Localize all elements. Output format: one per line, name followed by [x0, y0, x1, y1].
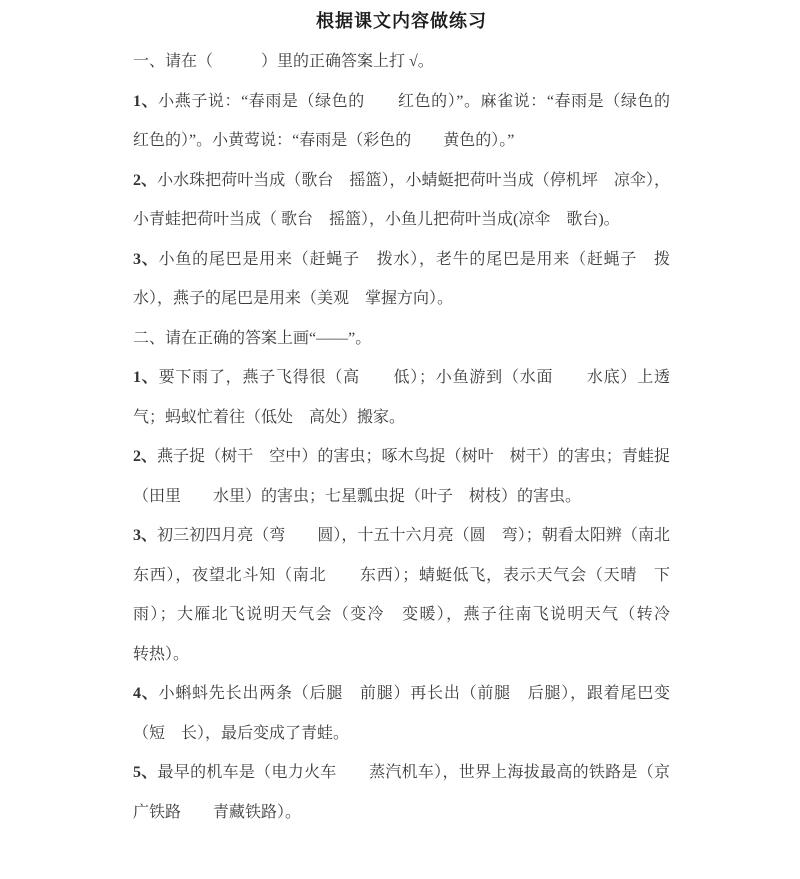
section-1-item-1: 1、小燕子说：“春雨是（绿色的 红色的）”。麻雀说：“春雨是（绿色的 红色的）”… — [133, 82, 670, 161]
worksheet-body: 一、请在（ ）里的正确答案上打 √。 1、小燕子说：“春雨是（绿色的 红色的）”… — [133, 42, 670, 832]
item-number: 1、 — [133, 93, 158, 110]
section-2-heading: 二、请在正确的答案上画“——”。 — [133, 319, 670, 359]
item-text: 小鱼的尾巴是用来（赶蝇子 拨水），老牛的尾巴是用来（赶蝇子 拨水），燕子的尾巴是… — [133, 251, 670, 308]
item-number: 2、 — [133, 172, 157, 189]
item-number: 5、 — [133, 764, 158, 781]
section-1-item-2: 2、小水珠把荷叶当成（歌台 摇篮），小蜻蜓把荷叶当成（停机坪 凉伞），小青蛙把荷… — [133, 161, 670, 240]
item-text: 最早的机车是（电力火车 蒸汽机车），世界上海拔最高的铁路是（京广铁路 青藏铁路）… — [133, 764, 670, 821]
worksheet-page: 根据课文内容做练习 一、请在（ ）里的正确答案上打 √。 1、小燕子说：“春雨是… — [0, 0, 800, 879]
section-2-item-4: 4、小蝌蚪先长出两条（后腿 前腿）再长出（前腿 后腿），跟着尾巴变（短 长），最… — [133, 674, 670, 753]
item-text: 小蝌蚪先长出两条（后腿 前腿）再长出（前腿 后腿），跟着尾巴变（短 长），最后变… — [133, 685, 670, 742]
item-text: 小燕子说：“春雨是（绿色的 红色的）”。麻雀说：“春雨是（绿色的 红色的）”。小… — [133, 93, 702, 150]
section-2-item-2: 2、燕子捉（树干 空中）的害虫；啄木鸟捉（树叶 树干）的害虫；青蛙捉（田里 水里… — [133, 437, 670, 516]
section-1-heading: 一、请在（ ）里的正确答案上打 √。 — [133, 42, 670, 82]
item-number: 3、 — [133, 527, 157, 544]
section-1-item-3: 3、小鱼的尾巴是用来（赶蝇子 拨水），老牛的尾巴是用来（赶蝇子 拨水），燕子的尾… — [133, 240, 670, 319]
section-2-item-1: 1、要下雨了，燕子飞得很（高 低）；小鱼游到（水面 水底）上透气；蚂蚁忙着往（低… — [133, 358, 670, 437]
item-text: 初三初四月亮（弯 圆），十五十六月亮（圆 弯）；朝看太阳辨（南北 东西），夜望北… — [133, 527, 702, 663]
item-text: 小水珠把荷叶当成（歌台 摇篮），小蜻蜓把荷叶当成（停机坪 凉伞），小青蛙把荷叶当… — [133, 172, 670, 229]
item-text: 要下雨了，燕子飞得很（高 低）；小鱼游到（水面 水底）上透气；蚂蚁忙着往（低处 … — [133, 369, 670, 426]
item-number: 4、 — [133, 685, 159, 702]
section-2-item-3: 3、初三初四月亮（弯 圆），十五十六月亮（圆 弯）；朝看太阳辨（南北 东西），夜… — [133, 516, 670, 674]
item-number: 2、 — [133, 448, 157, 465]
item-number: 3、 — [133, 251, 159, 268]
worksheet-title: 根据课文内容做练习 — [133, 8, 670, 34]
item-text: 燕子捉（树干 空中）的害虫；啄木鸟捉（树叶 树干）的害虫；青蛙捉（田里 水里）的… — [133, 448, 670, 505]
item-number: 1、 — [133, 369, 159, 386]
section-2-item-5: 5、最早的机车是（电力火车 蒸汽机车），世界上海拔最高的铁路是（京广铁路 青藏铁… — [133, 753, 670, 832]
